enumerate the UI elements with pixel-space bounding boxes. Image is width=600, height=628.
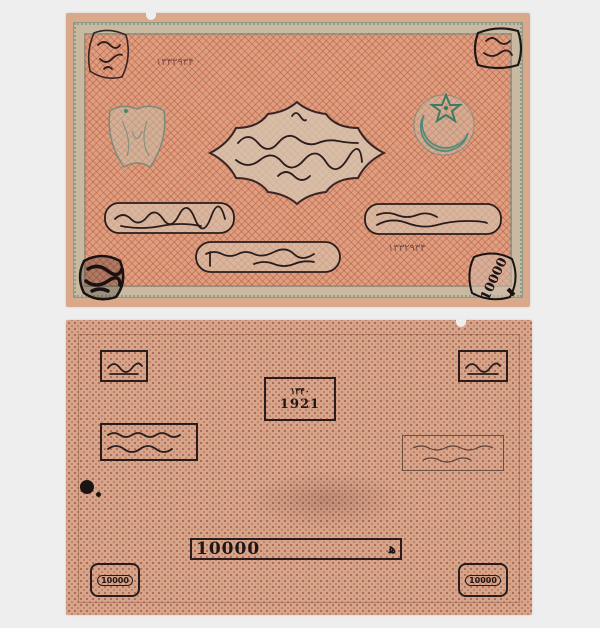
ornament-emblem-icon [102,101,172,173]
year-arabic: ۱۳۴۰ [290,387,309,397]
corner-value-stamp-left: 10000 [90,563,140,597]
seal-stamp-icon [472,25,524,71]
star-crescent-icon [402,85,482,165]
value-panel: 10000 ﻫ [190,538,402,560]
seal-box-top-right [458,350,508,382]
image-caption: Banknote, front and back [0,0,1,1]
text-box-left [100,423,198,461]
value-mark: ﻫ [389,541,396,557]
corner-stamp-text: 10000 [97,575,133,586]
text-box-right [402,435,504,471]
signature-cartouche-right [363,201,503,237]
value-stamp-icon: 10000 [464,249,520,303]
seal-box-top-left [100,350,148,382]
value-text: 10000 [196,539,260,559]
central-calligraphy-panel [208,98,386,208]
value-stamp-icon [76,251,128,303]
corner-value-stamp-right: 10000 [458,563,508,597]
serial-number-top: ۱۳۳۲۹۳۴ · [156,57,200,68]
serial-number-bottom: ۱۳۳۲۹۳۴ [388,243,426,254]
signature-cartouche-bottom [194,238,342,276]
paper-tear [146,12,156,20]
signature-cartouche-left [103,199,236,237]
year-panel: ۱۳۴۰ 1921 [264,377,336,421]
paper-tear [456,319,466,327]
ink-blot [96,492,101,497]
ink-blot [80,480,94,494]
corner-stamp-text: 10000 [465,575,501,586]
year-text: 1921 [280,397,320,412]
stain [246,470,406,530]
banknote-back: ۱۳۴۰ 1921 10000 ﻫ 10000 10000 [66,320,532,615]
banknote-front: ۱۳۳۲۹۳۴ · ۱۳۳۲۹۳۴ [66,13,530,307]
seal-stamp-icon [84,27,134,83]
